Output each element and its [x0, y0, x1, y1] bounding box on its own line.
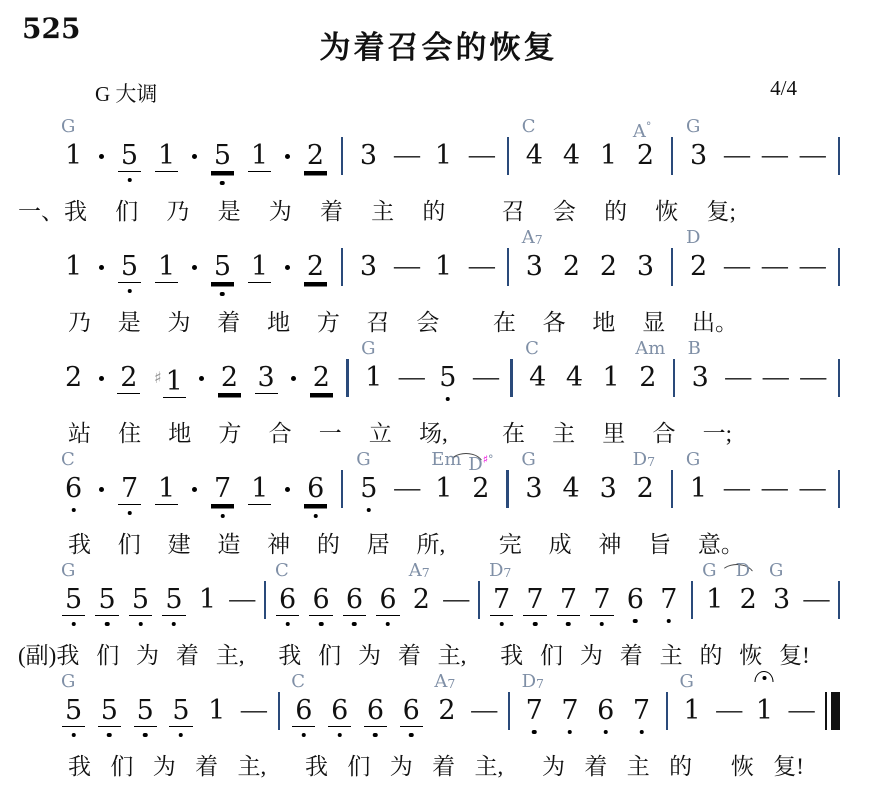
chord-label: C [525, 340, 539, 358]
note: 7 [557, 585, 580, 616]
note: 7D7 [490, 585, 513, 616]
note: 5 [169, 696, 192, 727]
note: 1 [432, 252, 455, 282]
time-signature: 4/4 [770, 76, 797, 101]
notation-row: 5G5551—6C6662A7—7D77671G—1— [62, 671, 840, 741]
chord-label: G [356, 451, 370, 469]
duration-dash: — [469, 141, 493, 168]
lyric-syllable: 主 [627, 754, 650, 780]
low-octave-dot [352, 622, 357, 627]
music-line-6: 5G5551—6C6662A7—7D77671G—1—我们为着主,我们为着主,为… [0, 671, 877, 782]
barline [671, 470, 673, 508]
final-barline [825, 692, 840, 730]
chord-label: D [686, 229, 700, 247]
low-octave-dot [127, 289, 132, 294]
note: 1 [205, 696, 228, 726]
sharp-accidental: ♯ [154, 368, 162, 387]
music-line-5: 5G5551—6C6662A7—7D7777671G2D3G—(副)我们为着主,… [0, 560, 877, 671]
augmentation-dot [285, 265, 290, 270]
lyric-syllable: 主, [216, 643, 245, 669]
note: 6C [292, 696, 315, 727]
lyric-syllable: 成 [549, 532, 572, 558]
low-octave-dot [319, 622, 324, 627]
note: 5 [98, 696, 121, 727]
note: 4C [523, 141, 546, 171]
note: 2A7 [410, 585, 433, 615]
lyric-syllable: 居 [367, 532, 390, 558]
notation-row: 22♯12321G—5—4C412Am3B——— [62, 338, 840, 408]
note: 1 [753, 696, 776, 726]
note: 7 [558, 696, 581, 726]
music-line-4: 6C717165G—1Em2D♯°3G432D71G———我们建造神的居所,完成… [0, 449, 877, 560]
note: 7D7 [523, 696, 546, 726]
lyric-syllable: 为 [153, 754, 176, 780]
low-octave-dot [138, 622, 143, 627]
note: 1G [680, 696, 703, 726]
note: 1 [155, 474, 178, 505]
lyric-syllable: 出。 [692, 310, 738, 336]
lyric-syllable: 们 [347, 754, 370, 780]
note: 7 [118, 474, 141, 505]
duration-dash: — [469, 252, 493, 279]
lyric-syllable: 我 [305, 754, 328, 780]
chord-label: G [521, 451, 535, 469]
barline [264, 581, 266, 619]
note: 2A7 [435, 696, 458, 726]
lyric-syllable: 召 [367, 310, 390, 336]
chord-label: G [702, 562, 716, 580]
augmentation-dot [285, 487, 290, 492]
barline [838, 470, 840, 508]
duration-dash: — [763, 363, 787, 390]
lyric-syllable: 为 [269, 199, 292, 225]
note: 6 [328, 696, 351, 727]
barline [673, 359, 675, 397]
chord-label: A7 [434, 673, 455, 693]
key-signature: G 大调 [95, 78, 157, 108]
note: 3G [522, 474, 545, 504]
lyric-syllable: 为 [136, 643, 159, 669]
chord-label: C [291, 673, 305, 691]
lyric-syllable: 恢 [655, 199, 678, 225]
note: 2 [218, 363, 241, 394]
lyric-syllable: 主 [660, 643, 683, 669]
duration-dash: — [471, 696, 495, 723]
lyric-syllable: 我 [68, 754, 91, 780]
note: ♯1 [154, 363, 186, 398]
duration-dash: — [800, 363, 824, 390]
lyrics-row: 我们建造神的居所,完成神旨意。 [68, 532, 744, 558]
chord-label: A7 [522, 229, 543, 249]
lyrics-row: 一、我们乃是为着主的召会的恢复; [18, 199, 736, 225]
duration-dash: — [804, 585, 828, 612]
barline [838, 581, 840, 619]
lyric-syllable: 神 [267, 532, 290, 558]
note: 2 [117, 363, 140, 394]
low-octave-dot [107, 733, 112, 738]
chord-label: A° [633, 118, 652, 141]
lyric-syllable: (副)我 [18, 643, 79, 669]
lyric-syllable: 在 [493, 310, 516, 336]
notation-row: 1G515123—1—4C412A°3G——— [62, 116, 840, 186]
barline [341, 470, 343, 508]
barline [508, 692, 510, 730]
note: 2D♯° [469, 474, 492, 504]
lyric-syllable: 复; [706, 199, 735, 225]
lyric-syllable: 各 [543, 310, 566, 336]
lyric-syllable: 方 [317, 310, 340, 336]
low-octave-dot [127, 178, 132, 183]
lyric-syllable: 主 [552, 421, 575, 447]
low-octave-dot [313, 514, 318, 519]
note: 5 [162, 585, 185, 616]
lyric-syllable: 着 [432, 754, 455, 780]
lyric-syllable: 们 [318, 643, 341, 669]
note: 5 [211, 252, 234, 283]
lyric-syllable: 复! [773, 754, 804, 780]
low-octave-dot [533, 622, 538, 627]
note: 2D7 [634, 474, 657, 504]
lyric-syllable: 会 [553, 199, 576, 225]
duration-dash: — [762, 252, 786, 279]
low-octave-dot [600, 622, 605, 627]
note: 6C [62, 474, 85, 504]
chord-label: G [61, 673, 75, 691]
lyric-syllable: 住 [118, 421, 141, 447]
note: 3 [634, 252, 657, 282]
fermata-icon [755, 671, 774, 682]
lyric-syllable: 们 [540, 643, 563, 669]
low-octave-dot [71, 733, 76, 738]
augmentation-dot [99, 265, 104, 270]
lyric-syllable: 里 [602, 421, 625, 447]
note: 1Em [432, 474, 455, 504]
note: 5G [357, 474, 380, 504]
lyric-syllable: 地 [592, 310, 615, 336]
chord-label: A7 [409, 562, 430, 582]
lyric-syllable: 恢 [731, 754, 754, 780]
note: 5 [118, 141, 141, 172]
note: 4 [560, 474, 583, 504]
note: 5 [129, 585, 152, 616]
low-octave-dot [603, 730, 608, 735]
note: 2 [304, 141, 327, 172]
lyrics-row: 我们为着主,我们为着主,为着主的恢复! [68, 754, 804, 780]
chord-label: G [686, 118, 700, 136]
lyric-syllable: 为 [580, 643, 603, 669]
barline [838, 248, 840, 286]
low-octave-dot [409, 733, 414, 738]
duration-dash: — [762, 474, 786, 501]
lyric-syllable: 召 [502, 199, 525, 225]
chord-label: B [688, 340, 701, 358]
lyric-syllable: 着 [320, 199, 343, 225]
lyric-syllable: 们 [115, 199, 138, 225]
header: 525 为着召会的恢复 G 大调 4/4 [0, 0, 877, 116]
note: 1 [155, 141, 178, 172]
lyric-syllable: 旨 [648, 532, 671, 558]
low-octave-dot [285, 622, 290, 627]
lyric-syllable: 在 [502, 421, 525, 447]
low-octave-dot [127, 511, 132, 516]
note: 1 [248, 474, 271, 505]
note: 6 [376, 585, 399, 616]
chord-label: G [679, 673, 693, 691]
lyric-syllable: 会 [416, 310, 439, 336]
lyric-syllable: 复! [779, 643, 810, 669]
augmentation-dot [99, 376, 104, 381]
lyric-syllable: 一、我 [18, 199, 87, 225]
note: 6C [276, 585, 299, 616]
lyric-syllable: 的 [669, 754, 692, 780]
page-title: 为着召会的恢复 [0, 22, 877, 67]
note: 1 [597, 141, 620, 171]
note: 3 [597, 474, 620, 504]
duration-dash: — [724, 474, 748, 501]
barline [671, 248, 673, 286]
lyric-syllable: 着 [620, 643, 643, 669]
barline [346, 359, 348, 397]
note: 3 [357, 252, 380, 282]
note: 4C [526, 363, 549, 393]
low-octave-dot [220, 514, 225, 519]
lyric-syllable: 着 [584, 754, 607, 780]
lyric-syllable: 乃 [68, 310, 91, 336]
chord-label: C [522, 118, 536, 136]
low-octave-dot [220, 181, 225, 186]
lyric-syllable: 的 [317, 532, 340, 558]
notation-row: 1515123—1—3A72232D——— [62, 227, 840, 297]
barline [507, 248, 509, 286]
lyric-syllable: 的 [422, 199, 445, 225]
note: 5G [62, 585, 85, 616]
chord-label: Am [635, 340, 665, 358]
duration-dash: — [724, 252, 748, 279]
lyric-syllable: 神 [598, 532, 621, 558]
augmentation-dot [99, 154, 104, 159]
lyric-syllable: 建 [168, 532, 191, 558]
duration-dash: — [394, 252, 418, 279]
duration-dash: — [724, 141, 748, 168]
low-octave-dot [71, 508, 76, 513]
lyric-syllable: 着 [217, 310, 240, 336]
note: 2 [597, 252, 620, 282]
low-octave-dot [373, 733, 378, 738]
low-octave-dot [367, 508, 372, 513]
note: 6 [304, 474, 327, 505]
low-octave-dot [143, 733, 148, 738]
note: 1 [248, 141, 271, 172]
lyric-syllable: 场, [419, 421, 448, 447]
lyric-syllable: 着 [398, 643, 421, 669]
lyric-syllable: 是 [218, 199, 241, 225]
lyric-syllable: 意。 [698, 532, 744, 558]
note: 1G [703, 585, 726, 615]
lyric-syllable: 站 [68, 421, 91, 447]
chord-label: G [769, 562, 783, 580]
augmentation-dot [291, 376, 296, 381]
lyric-syllable: 立 [369, 421, 392, 447]
lyric-syllable: 地 [168, 421, 191, 447]
low-octave-dot [179, 733, 184, 738]
barline [666, 692, 668, 730]
note: 1G [362, 363, 385, 393]
note: 2Am [636, 363, 659, 393]
lyric-syllable: 着 [195, 754, 218, 780]
note: 6 [343, 585, 366, 616]
note: 3 [255, 363, 278, 394]
lyric-syllable: 我 [68, 532, 91, 558]
lyric-syllable: 方 [218, 421, 241, 447]
music-line-2: 1515123—1—3A72232D———乃是为着地方召会在各地显出。 [0, 227, 877, 338]
lyric-syllable: 显 [642, 310, 665, 336]
chord-label: G [61, 562, 75, 580]
lyric-syllable: 主, [475, 754, 504, 780]
note: 5 [134, 696, 157, 727]
barline [510, 359, 512, 397]
note: 6 [594, 696, 617, 726]
duration-dash: — [229, 585, 253, 612]
low-octave-dot [337, 733, 342, 738]
lyric-syllable: 乃 [166, 199, 189, 225]
lyric-syllable: 所, [416, 532, 445, 558]
note: 6 [400, 696, 423, 727]
note: 5G [62, 696, 85, 727]
lyrics-row: 乃是为着地方召会在各地显出。 [68, 310, 738, 336]
augmentation-dot [192, 154, 197, 159]
duration-dash: — [394, 474, 418, 501]
augmentation-dot [285, 154, 290, 159]
duration-dash: — [443, 585, 467, 612]
note: 7 [211, 474, 234, 505]
low-octave-dot [568, 730, 573, 735]
augmentation-dot [192, 487, 197, 492]
low-octave-dot [633, 619, 638, 624]
chord-label: D7 [489, 562, 511, 582]
note: 1 [196, 585, 219, 615]
barline [278, 692, 280, 730]
note: 1 [62, 252, 85, 282]
lyric-syllable: 为 [390, 754, 413, 780]
lyric-syllable: 我 [500, 643, 523, 669]
lyric-syllable: 恢 [739, 643, 762, 669]
duration-dash: — [800, 141, 824, 168]
low-octave-dot [302, 733, 307, 738]
lyric-syllable: 合 [269, 421, 292, 447]
lyric-syllable: 是 [118, 310, 141, 336]
duration-dash: — [800, 252, 824, 279]
note: 7 [630, 696, 653, 726]
barline [341, 137, 343, 175]
chord-label: D♯° [468, 451, 493, 474]
low-octave-dot [532, 730, 537, 735]
lyric-syllable: 一 [319, 421, 342, 447]
note: 5 [211, 141, 234, 172]
augmentation-dot [99, 487, 104, 492]
notation-row: 5G5551—6C6662A7—7D7777671G2D3G— [62, 560, 840, 630]
barline [506, 470, 508, 508]
lyric-syllable: 地 [267, 310, 290, 336]
lyric-syllable: 着 [176, 643, 199, 669]
note: 3G [687, 141, 710, 171]
note: 2A° [634, 141, 657, 171]
note: 7 [523, 585, 546, 616]
low-octave-dot [71, 622, 76, 627]
note: 3B [689, 363, 712, 393]
low-octave-dot [220, 292, 225, 297]
duration-dash: — [716, 696, 740, 723]
note: 4 [563, 363, 586, 393]
low-octave-dot [499, 622, 504, 627]
lyric-syllable: 为 [358, 643, 381, 669]
barline [838, 359, 840, 397]
lyric-syllable: 为 [168, 310, 191, 336]
duration-dash: — [800, 474, 824, 501]
low-octave-dot [386, 622, 391, 627]
low-octave-dot [172, 622, 177, 627]
lyric-syllable: 主, [438, 643, 467, 669]
note: 4 [560, 141, 583, 171]
lyric-syllable: 的 [699, 643, 722, 669]
lyric-syllable: 们 [96, 643, 119, 669]
low-octave-dot [566, 622, 571, 627]
lyric-syllable: 主 [371, 199, 394, 225]
note: 2 [304, 252, 327, 283]
chord-label: D7 [522, 673, 544, 693]
duration-dash: — [473, 363, 497, 390]
note: 2D [737, 585, 760, 615]
chord-label: D7 [633, 451, 655, 471]
note: 6 [364, 696, 387, 727]
note: 2D [687, 252, 710, 282]
augmentation-dot [192, 265, 197, 270]
note: 1 [600, 363, 623, 393]
note: 1G [62, 141, 85, 171]
barline [478, 581, 480, 619]
note: 6 [309, 585, 332, 616]
note: 1 [248, 252, 271, 283]
note: 1 [432, 141, 455, 171]
low-octave-dot [639, 730, 644, 735]
sheet-music-page: 525 为着召会的恢复 G 大调 4/4 1G515123—1—4C412A°3… [0, 0, 877, 803]
score: 1G515123—1—4C412A°3G———一、我们乃是为着主的召会的恢复;1… [0, 116, 877, 782]
notation-row: 6C717165G—1Em2D♯°3G432D71G——— [62, 449, 840, 519]
duration-dash: — [762, 141, 786, 168]
low-octave-dot [105, 622, 110, 627]
barline [507, 137, 509, 175]
note: 2 [310, 363, 333, 394]
note: 2 [560, 252, 583, 282]
note: 5 [436, 363, 459, 393]
lyrics-row: (副)我们为着主,我们为着主,我们为着主的恢复! [18, 643, 810, 669]
note: 1G [687, 474, 710, 504]
note: 5 [118, 252, 141, 283]
chord-label: C [61, 451, 75, 469]
note: 3G [770, 585, 793, 615]
chord-label: C [275, 562, 289, 580]
lyric-syllable: 的 [604, 199, 627, 225]
note: 3A7 [523, 252, 546, 282]
note: 1 [155, 252, 178, 283]
barline [341, 248, 343, 286]
chord-label: G [61, 118, 75, 136]
duration-dash: — [394, 141, 418, 168]
barline [671, 137, 673, 175]
note: 6 [624, 585, 647, 615]
chord-label: D [736, 562, 750, 580]
lyric-syllable: 完 [499, 532, 522, 558]
duration-dash: — [789, 696, 813, 723]
